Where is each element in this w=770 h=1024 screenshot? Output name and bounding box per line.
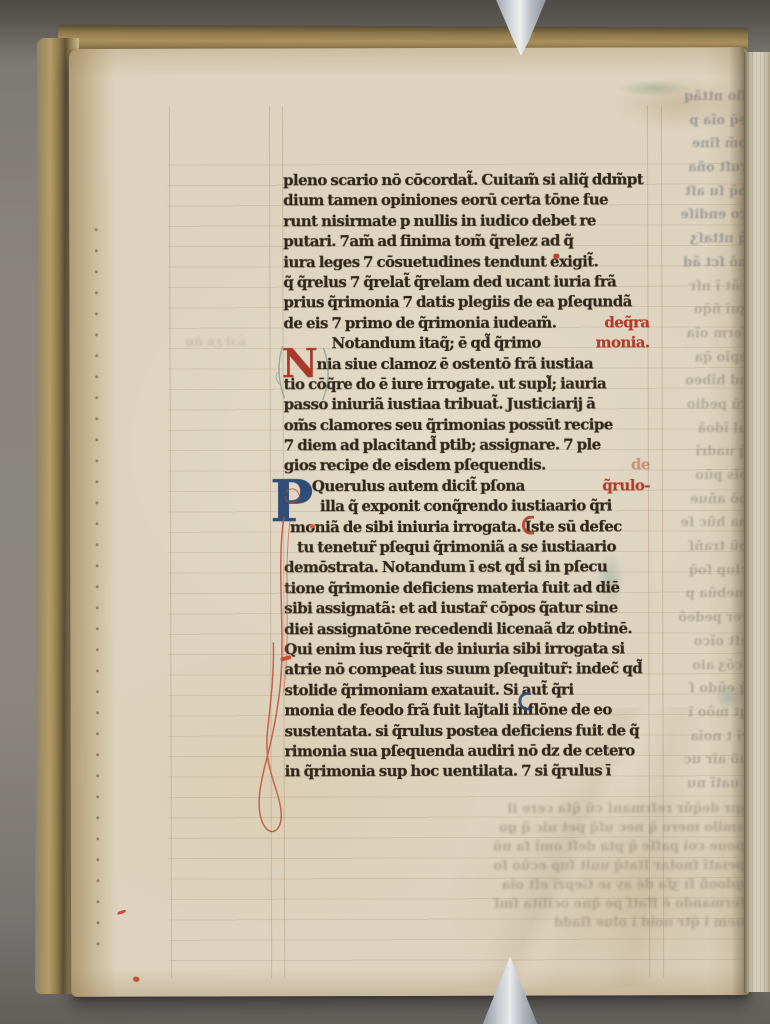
pigment-fleck [117, 909, 126, 915]
text-line: runt nisirmate p nullis in iudico debet … [283, 210, 655, 231]
text-line: Notandum itaq̃; ē qd̃ q̃rimomonia. [284, 332, 656, 353]
text-line: Qui enim ius req̃rit de iniuria sibi irr… [284, 638, 656, 659]
text-line: nia siue clamoz ē ostentō frã iustiaa [284, 353, 656, 374]
text-line: om̃s clamores seu q̃rimonias possūt reci… [284, 414, 656, 435]
text-line: stolide q̃rimoniam exatauit. Si aut̃ q̃r… [284, 679, 656, 700]
paraph-mark [518, 692, 530, 711]
text-line: demōstrata. Notandum ī est qd̃ si in pſe… [284, 557, 656, 578]
text-line: dium tamen opiniones eorū certa tōne fue [283, 190, 655, 211]
text-line: tu tenetur̃ pſequi q̃rimoniã a se iustia… [284, 536, 656, 557]
text-line: passo iniuriã iustiaa tribuat̃. Justicia… [284, 394, 656, 415]
text-line: tio cōq̃re do ē iure irrogate. ut supl̃;… [284, 373, 656, 394]
text-line: sustentata. si q̃rulus postea deficiens … [285, 720, 657, 741]
text-line: monia de feodo frã fuit laj̃tali inflōne… [284, 700, 656, 721]
text-line: iura leges 7 cōsuetudines tendunt exigit… [283, 251, 655, 272]
text-line: illa q̃ exponit conq̃rendo iustiaario q̃… [284, 496, 656, 517]
text-line: pleno scario nō cōcordat̃. Cuitam̃ si al… [283, 169, 655, 190]
text-line: rimonia sua pſequenda audiri nō dz de ce… [285, 740, 657, 761]
text-block: pleno scario nō cōcordat̃. Cuitam̃ si al… [283, 169, 657, 782]
text-line: sibi assignatã: et ad iustar̃ cōpos q̃at… [284, 598, 656, 619]
initial-n: N [282, 344, 319, 384]
text-line: diei assignatōne recedendi licenaã dz ob… [284, 618, 656, 639]
pigment-fleck [133, 976, 140, 982]
pigment-fleck [553, 254, 559, 259]
binding-shadow [69, 49, 115, 997]
photo-backdrop: ſio nttãqeq̃ oĩa pom̃ ſineruſt oñabq̃ ſu… [0, 0, 770, 1024]
next-page-fore-edge [744, 52, 770, 992]
manuscript-page: ſio nttãqeq̃ oĩa pom̃ ſineruſt oñabq̃ ſu… [69, 47, 749, 997]
paraph-mark [522, 516, 534, 535]
text-line: q̃ q̃relus 7 q̃relat̃ q̃relam ded ucant … [283, 271, 655, 292]
text-line: atrie nō compeat ius suum pſequitur̃: in… [284, 659, 656, 680]
text-line: in q̃rimonia sup hoc uentilata. 7 si q̃r… [285, 761, 657, 782]
text-line: de eis 7 primo de q̃rimonia iudeam̃.deq̃… [283, 312, 655, 333]
text-line: prius q̃rimonia 7 datis plegiis de ea pſ… [283, 292, 655, 313]
text-line: 7 diem ad placitand̃ ptib; assignare. 7 … [284, 434, 656, 455]
initial-p: P [270, 472, 314, 530]
text-line: putari. 7am̃ ad finima tom̃ q̃relez ad q… [283, 231, 655, 252]
text-line: tione q̃rimonie deficiens materia fuit a… [284, 577, 656, 598]
text-line: Querulus autem dicit̃ pſonaq̃rulo- [284, 475, 656, 496]
pigment-fleck [310, 524, 315, 528]
left-margin-note: uñ aʒ ſcā [186, 334, 286, 356]
text-line: moniã de sibi iniuria irrogata. Iste sū … [284, 516, 656, 537]
text-line: gios recipe de eisdem pſequendis.de [284, 455, 656, 476]
